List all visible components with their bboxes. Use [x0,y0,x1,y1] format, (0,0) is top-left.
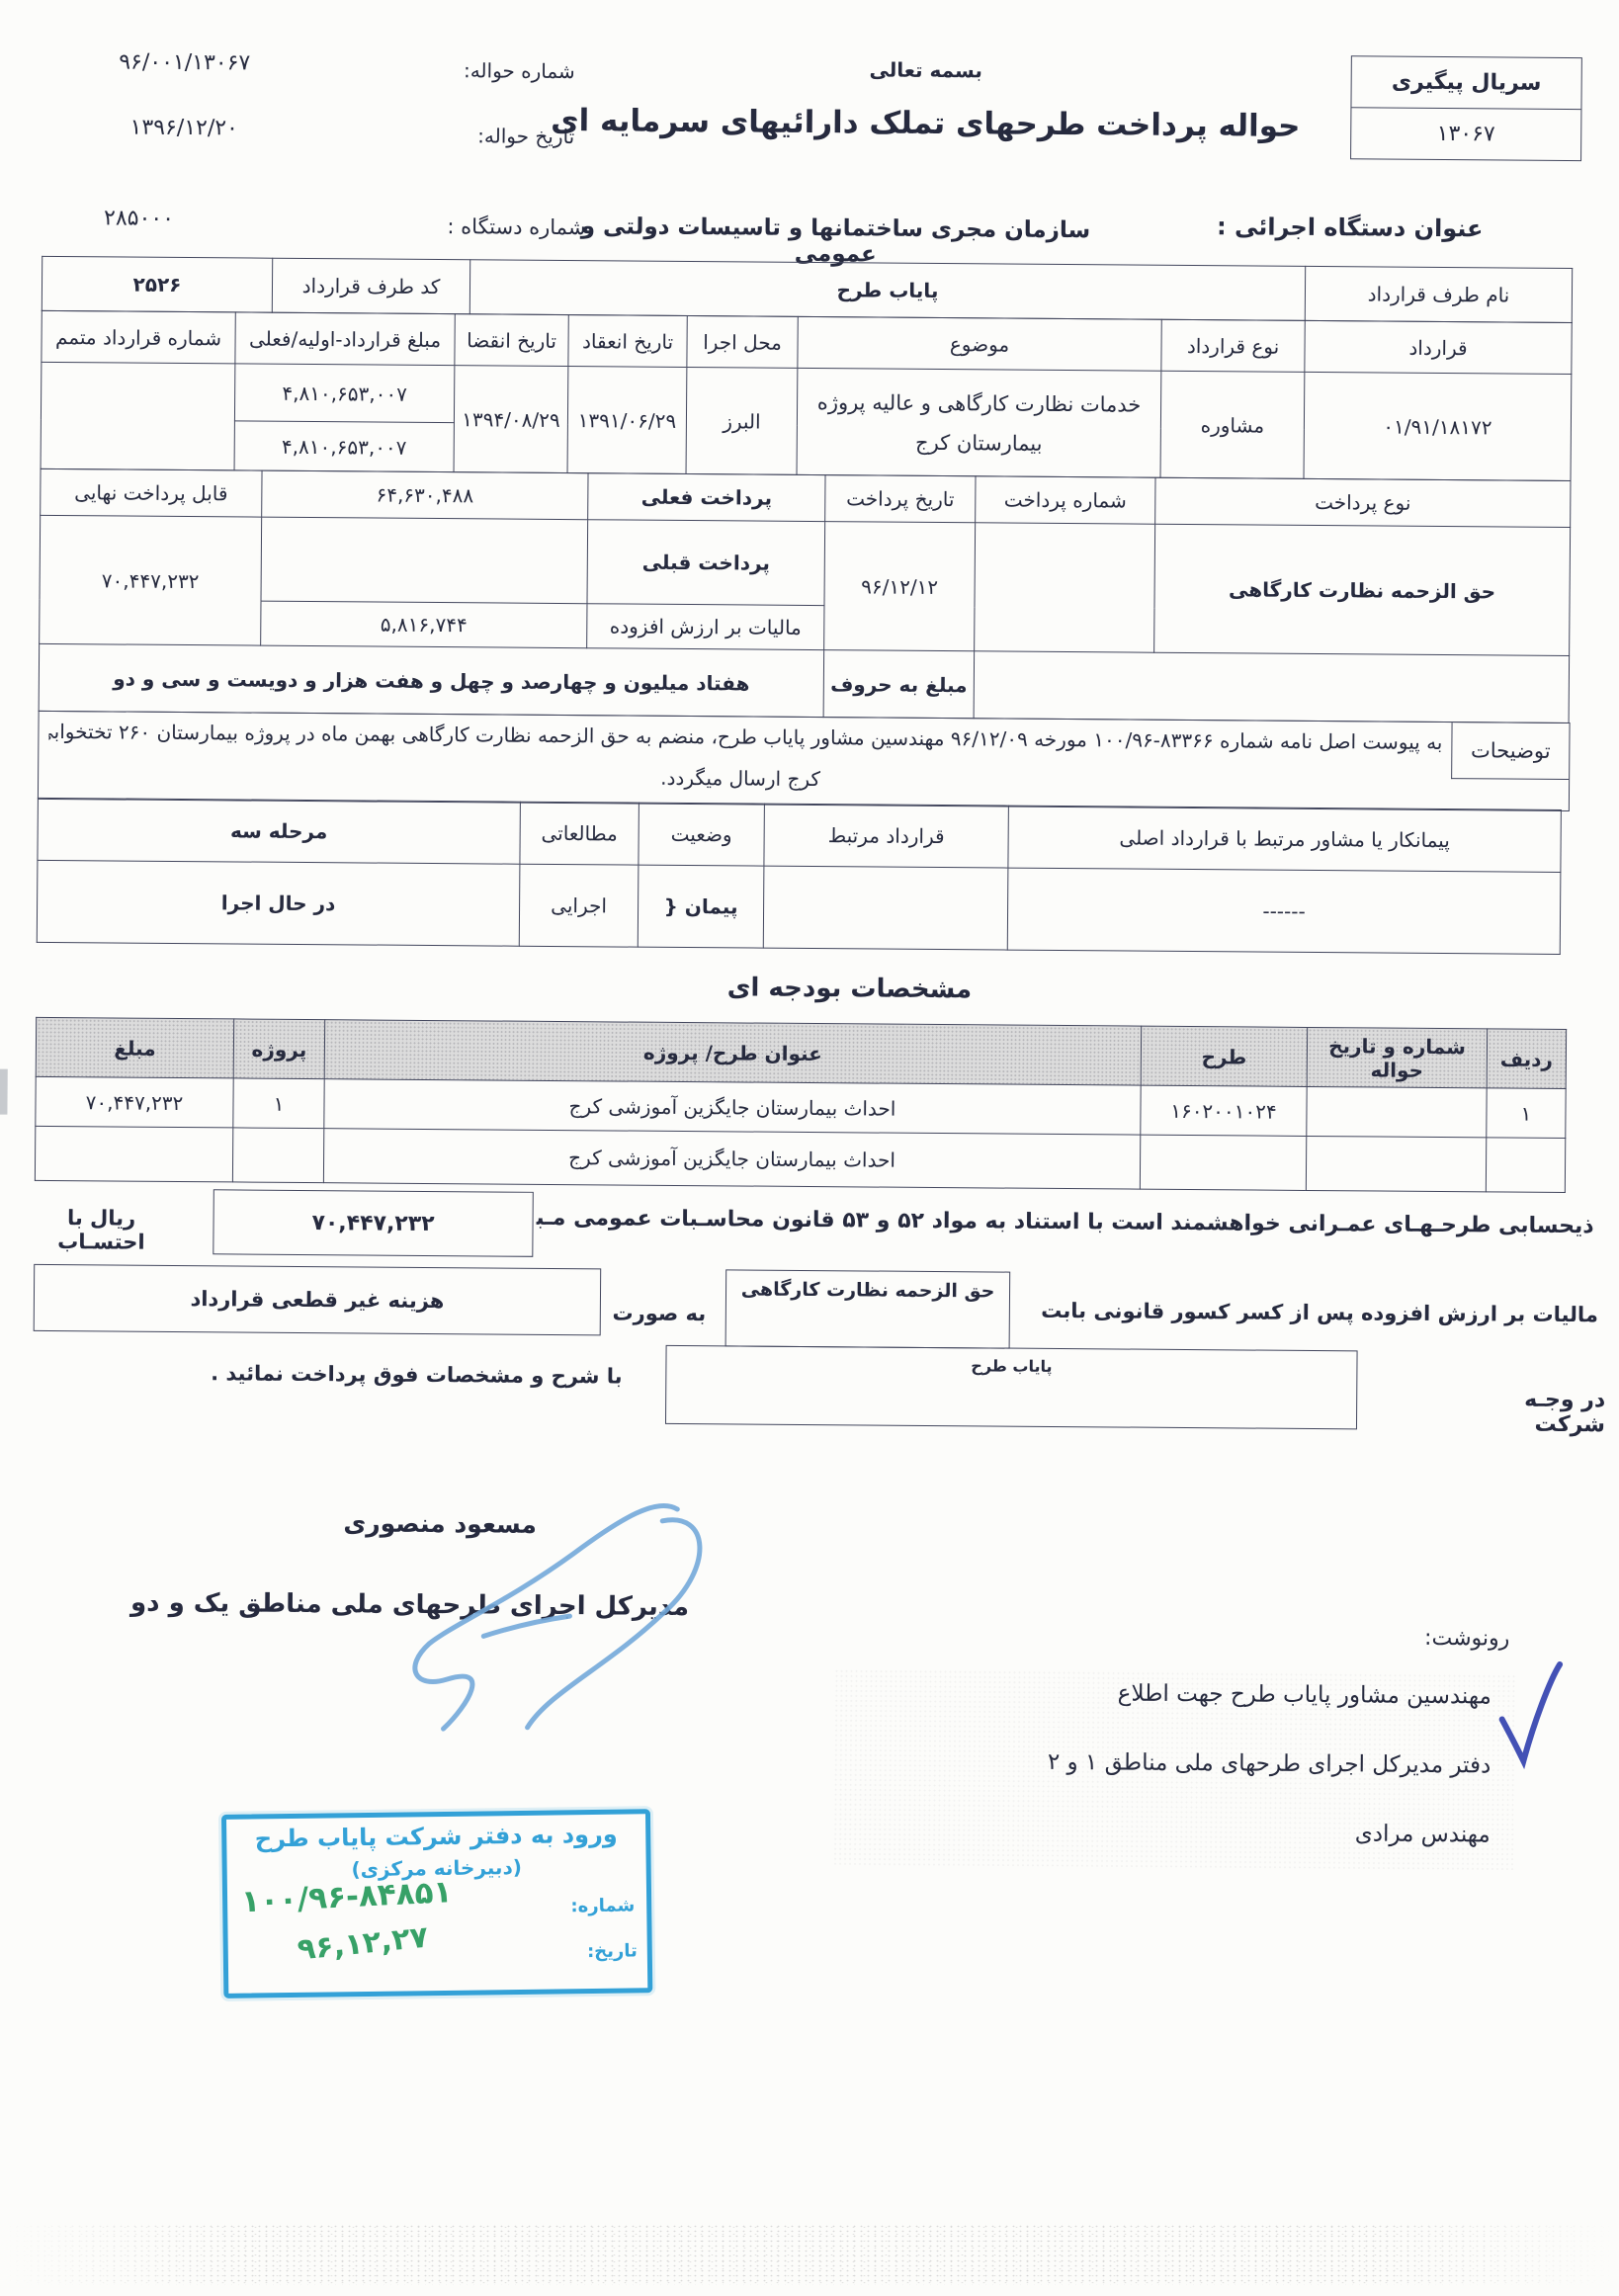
contract-subject-line2: بیمارستان کرج [804,429,1154,456]
payment-col-no: شماره پرداخت [976,476,1155,524]
budget-col-prj: پروژه [233,1019,324,1079]
related-contract-label: قرارداد مرتبط [764,804,1008,868]
col-exp-date: تاریخ انقضا [455,314,568,367]
order-line3-left: با شرح و مشخصات فوق پرداخت نمائید . [164,1361,668,1389]
payment-current-label: پرداخت فعلی [588,473,825,522]
order-line2: مالیات بر ارزش افزوده پس از کسر کسور قان… [1010,1299,1598,1327]
budget-r1-radif: ۱ [1487,1088,1566,1139]
budget-r1-havaleh [1307,1086,1487,1137]
party-code-label: کد طرف قرارداد [272,258,469,314]
cc-item-1: مهندسین مشاور پایاب طرح جهت اطلاع [943,1679,1491,1709]
budget-title: مشخصات بودجه ای [592,972,1106,1005]
related-contractor-value: ------ [1007,868,1561,954]
cc-label: رونوشت: [1396,1626,1509,1652]
related-status-value: پیمان { [638,865,764,948]
scanned-sheet: سریال پیگیری ۱۳۰۶۷ بسمه تعالی حواله پردا… [0,0,1619,2296]
check-icon [1493,1658,1564,1772]
notes-line1: به پیوست اصل نامه شماره ۸۳۳۶۶-۱۰۰/۹۶ مور… [48,720,1442,754]
budget-table: ردیف شماره و تاریخ حواله طرح عنوان طرح/ … [35,1017,1567,1193]
payment-table: نوع پرداخت شماره پرداخت تاریخ پرداخت پرد… [39,468,1572,723]
entry-stamp: ورود به دفتر شرکت پایاب طرح (دبیرخانه مر… [221,1809,652,1998]
col-location: محل اجرا [687,316,798,369]
words-row-empty [974,651,1570,723]
order-company-box: پایاب طرح [665,1345,1358,1429]
related-phase-value: در حال اجرا [37,860,520,946]
signature-scribble-icon [281,1477,737,1738]
stamp-date-label: تاریخ: [587,1940,638,1962]
payment-type-value: حق الزحمه نظارت کارگاهی [1154,524,1571,655]
order-mode-label: به صورت [605,1301,714,1325]
budget-r2-title: احداث بیمارستان جایگزین آموزشی کرج [323,1129,1140,1189]
payment-previous-value-empty [261,517,588,604]
scan-noise-band [0,2224,1619,2285]
device-no-value: ۲۸۵۰۰۰ [54,206,222,231]
budget-r2-amount [35,1126,232,1182]
device-no-label: شماره دستگاه : [412,214,585,239]
payment-col-type: نوع پرداخت [1155,477,1571,527]
related-study-label: مطالعاتی [520,802,639,865]
havaleh-date-value: ۱۳۹۶/۱۲/۲۰ [60,115,307,141]
order-line1: ذیحسابی طرحـهـای عمـرانی خواهشمند است با… [537,1206,1594,1238]
contract-exp-date: ۱۳۹۴/۰۸/۲۹ [454,366,568,473]
budget-r2-prj [232,1128,323,1183]
budget-r1-amount: ۷۰,۴۴۷,۲۳۲ [36,1076,233,1128]
contract-subject: خدمات نظارت کارگاهی و عالیه پروژه بیمارس… [797,368,1161,477]
serial-box: سریال پیگیری ۱۳۰۶۷ [1350,55,1582,161]
contract-no: ۰۱/۹۱/۱۸۱۷۲ [1304,372,1572,480]
notes-line2: کرج ارسال میگردد. [39,761,1442,796]
stamp-line1: ورود به دفتر شرکت پایاب طرح [226,1820,645,1853]
budget-col-radif: ردیف [1487,1029,1566,1089]
budget-col-amount: مبلغ [36,1017,233,1078]
payment-current-value: ۶۴,۶۳۰,۴۸۸ [262,470,588,520]
payment-previous-label: پرداخت قبلی [587,520,825,606]
havaleh-no-label: شماره حواله: [432,58,575,83]
budget-r2-tarh [1140,1135,1306,1190]
contract-table: قرارداد نوع قرارداد موضوع محل اجرا تاریخ… [41,310,1573,481]
payment-vat-value: ۵,۸۱۶,۷۴۴ [261,601,587,648]
related-study-value: اجرایی [519,864,639,947]
col-amount: مبلغ قرارداد-اولیه/فعلی [235,312,455,366]
notes-label: توضیحات [1451,723,1569,780]
budget-col-tarh: طرح [1141,1026,1307,1086]
budget-r1-tarh: ۱۶۰۲۰۰۱۰۲۴ [1141,1085,1307,1136]
related-phase-label: مرحله سه [38,798,520,864]
payment-no-empty [975,523,1155,652]
amount-words-label: مبلغ به حروف [823,650,975,719]
order-line3-right: در وجـه شرکت [1457,1387,1605,1437]
serial-label: سریال پیگیری [1351,57,1580,110]
payment-date-value: ۹۶/۱۲/۱۲ [824,522,976,651]
budget-r2-radif [1486,1138,1565,1193]
stamp-date-value: ۹۶,۱۲,۲۷ [296,1920,429,1968]
budget-col-title: عنوان طرح/ پروژه [324,1020,1141,1085]
stamp-no-label: شماره: [570,1895,635,1916]
order-amount-box: ۷۰,۴۴۷,۲۳۲ [213,1189,534,1257]
order-expense-box: هزینه غیر قطعی قرارداد [34,1264,602,1336]
contract-amount-current: ۴,۸۱۰,۶۵۳,۰۰۷ [234,421,454,472]
cc-item-2: دفتر مدیرکل اجرای طرحهای ملی مناطق ۱ و ۲ [942,1748,1491,1778]
document-page: سریال پیگیری ۱۳۰۶۷ بسمه تعالی حواله پردا… [0,0,1619,2296]
related-contract-value-empty [763,866,1008,950]
col-contract-type: نوع قرارداد [1161,319,1305,372]
agency-label: عنوان دستگاه اجرائی : [1137,213,1483,243]
related-contractor-label: پیمانکار یا مشاور مرتبط با قرارداد اصلی [1008,806,1561,872]
related-status-label: وضعیت [639,803,764,866]
col-contract: قرارداد [1305,320,1572,374]
col-sign-date: تاریخ انعقاد [568,315,687,368]
payment-col-date: تاریخ پرداخت [825,475,976,523]
payment-final-value: ۷۰,۴۴۷,۲۳۲ [40,515,262,645]
doc-title: حواله پرداخت طرحهای تملک دارائیهای سرمای… [480,102,1370,144]
payment-final-label: قابل پرداخت نهایی [41,468,262,517]
payment-vat-label: مالیات بر ارزش افزوده [587,604,824,650]
party-code-value: ۲۵۲۶ [42,256,272,312]
notes-block: توضیحات به پیوست اصل نامه شماره ۸۳۳۶۶-۱۰… [38,711,1571,811]
order-reason-box: حق الزحمه نظارت کارگاهی [725,1269,1011,1348]
party-name-label: نام طرف قرارداد [1305,266,1572,322]
contract-amendment-empty [41,362,235,470]
party-name-value: پایاب طرح [469,260,1305,321]
budget-col-havaleh: شماره و تاریخ حواله [1307,1027,1487,1087]
cc-item-3: مهندس مرادی [942,1818,1491,1847]
col-subject: موضوع [798,316,1161,371]
scan-edge-artifact [0,1069,8,1115]
serial-value: ۱۳۰۶۷ [1351,108,1580,160]
contract-sign-date: ۱۳۹۱/۰۶/۲۹ [567,367,687,474]
havaleh-date-label: تاریخ حواله: [431,124,574,148]
havaleh-no-value: ۹۶/۰۰۱/۱۳۰۶۷ [56,49,313,76]
amount-words-value: هفتاد میلیون و چهارصد و چهل و هفت هزار و… [39,643,824,717]
contract-amount-initial: ۴,۸۱۰,۶۵۳,۰۰۷ [234,364,454,423]
contract-location: البرز [686,368,798,475]
budget-r1-title: احداث بیمارستان جایگزین آموزشی کرج [324,1079,1141,1135]
contract-subject-line1: خدمات نظارت کارگاهی و عالیه پروژه [804,389,1154,416]
contract-type: مشاوره [1160,371,1305,478]
bismillah: بسمه تعالی [827,57,1025,83]
budget-r2-havaleh [1306,1136,1486,1191]
col-amendment: شماره قرارداد متمم [42,310,235,364]
order-line1-left: ریال با احتسـاب [22,1206,180,1254]
budget-r1-prj: ۱ [233,1078,324,1129]
related-table: پیمانکار یا مشاور مرتبط با قرارداد اصلی … [37,798,1562,955]
